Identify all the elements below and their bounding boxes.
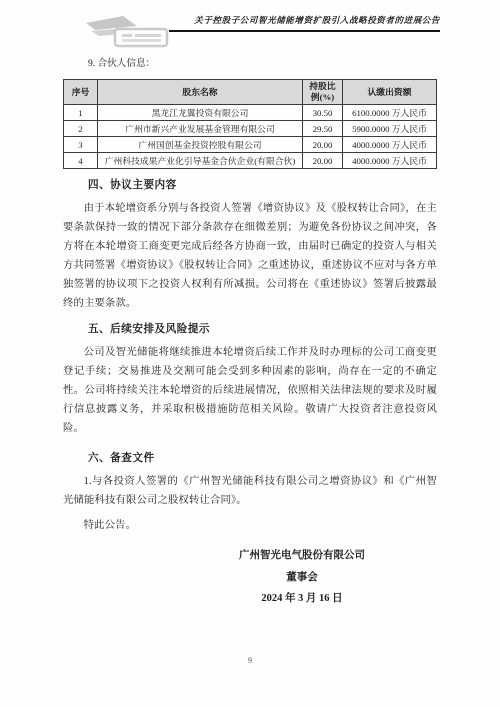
cell-amount: 4000.0000 万人民币 — [343, 153, 437, 169]
table-row: 3 广州国创基金投资控股有限公司 20.00 4000.0000 万人民币 — [64, 137, 437, 153]
document-body: 9. 合伙人信息： 序号 股东名称 持股比例(%) 认缴出资额 1 黑龙江龙翼投… — [63, 58, 437, 610]
section-4-heading: 四、协议主要内容 — [88, 178, 437, 192]
cell-index: 2 — [64, 121, 98, 137]
document-page: 关于控股子公司智光储能增资扩股引入战略投资者的进展公告 9. 合伙人信息： 序号… — [0, 0, 500, 707]
section-9-heading: 9. 合伙人信息： — [88, 58, 437, 70]
header-row: 序号 股东名称 持股比例(%) 认缴出资额 — [64, 80, 437, 105]
cell-index: 3 — [64, 137, 98, 153]
section-6-heading: 六、备查文件 — [88, 451, 437, 465]
page-header: 关于控股子公司智光储能增资扩股引入战略投资者的进展公告 — [63, 14, 440, 32]
cell-ratio: 20.00 — [303, 153, 343, 169]
logo-graphic — [85, 14, 171, 48]
cell-amount: 4000.0000 万人民币 — [343, 137, 437, 153]
cell-shareholder: 广州科技成果产业化引导基金合伙企业(有限合伙) — [98, 153, 303, 169]
col-header-amount: 认缴出资额 — [343, 80, 437, 105]
section-6-item: 1.与各投资人签署的《广州智光储能科技有限公司之增资协议》和《广州智光储能科技有… — [63, 472, 437, 510]
table-row: 1 黑龙江龙翼投资有限公司 30.50 6100.0000 万人民币 — [64, 105, 437, 121]
table-row: 2 广州市新兴产业发展基金管理有限公司 29.50 5900.0000 万人民币 — [64, 121, 437, 137]
signature-block: 广州智光电气股份有限公司 董事会 2024 年 3 月 16 日 — [197, 545, 407, 610]
signature-date: 2024 年 3 月 16 日 — [197, 588, 407, 610]
section-5-paragraph: 公司及智光储能将继续推进本轮增资后续工作并及时办理标的公司工商变更登记手续；交易… — [63, 343, 437, 438]
col-header-index: 序号 — [64, 80, 98, 105]
page-footer: 9 — [0, 656, 500, 665]
cell-shareholder: 广州市新兴产业发展基金管理有限公司 — [98, 121, 303, 137]
cell-amount: 5900.0000 万人民币 — [343, 121, 437, 137]
cell-shareholder: 黑龙江龙翼投资有限公司 — [98, 105, 303, 121]
cell-index: 4 — [64, 153, 98, 169]
company-logo — [85, 14, 171, 48]
cell-ratio: 20.00 — [303, 137, 343, 153]
page-number: 9 — [248, 656, 252, 665]
col-header-shareholder: 股东名称 — [98, 80, 303, 105]
cell-amount: 6100.0000 万人民币 — [343, 105, 437, 121]
section-5-heading: 五、后续安排及风险提示 — [88, 322, 437, 336]
cell-index: 1 — [64, 105, 98, 121]
table-row: 4 广州科技成果产业化引导基金合伙企业(有限合伙) 20.00 4000.000… — [64, 153, 437, 169]
cell-shareholder: 广州国创基金投资控股有限公司 — [98, 137, 303, 153]
cell-ratio: 29.50 — [303, 121, 343, 137]
signature-board: 董事会 — [197, 567, 407, 589]
cell-ratio: 30.50 — [303, 105, 343, 121]
partners-table: 序号 股东名称 持股比例(%) 认缴出资额 1 黑龙江龙翼投资有限公司 30.5… — [63, 79, 437, 169]
col-header-ratio: 持股比例(%) — [303, 80, 343, 105]
section-4-paragraph: 由于本轮增资系分别与各投资人签署《增资协议》及《股权转让合同》，在主要条款保持一… — [63, 199, 437, 313]
partners-table-header: 序号 股东名称 持股比例(%) 认缴出资额 — [64, 80, 437, 105]
signature-company: 广州智光电气股份有限公司 — [197, 545, 407, 567]
partners-table-body: 1 黑龙江龙翼投资有限公司 30.50 6100.0000 万人民币 2 广州市… — [64, 105, 437, 169]
header-title: 关于控股子公司智光储能增资扩股引入战略投资者的进展公告 — [169, 14, 440, 32]
closing-statement: 特此公告。 — [63, 516, 437, 535]
